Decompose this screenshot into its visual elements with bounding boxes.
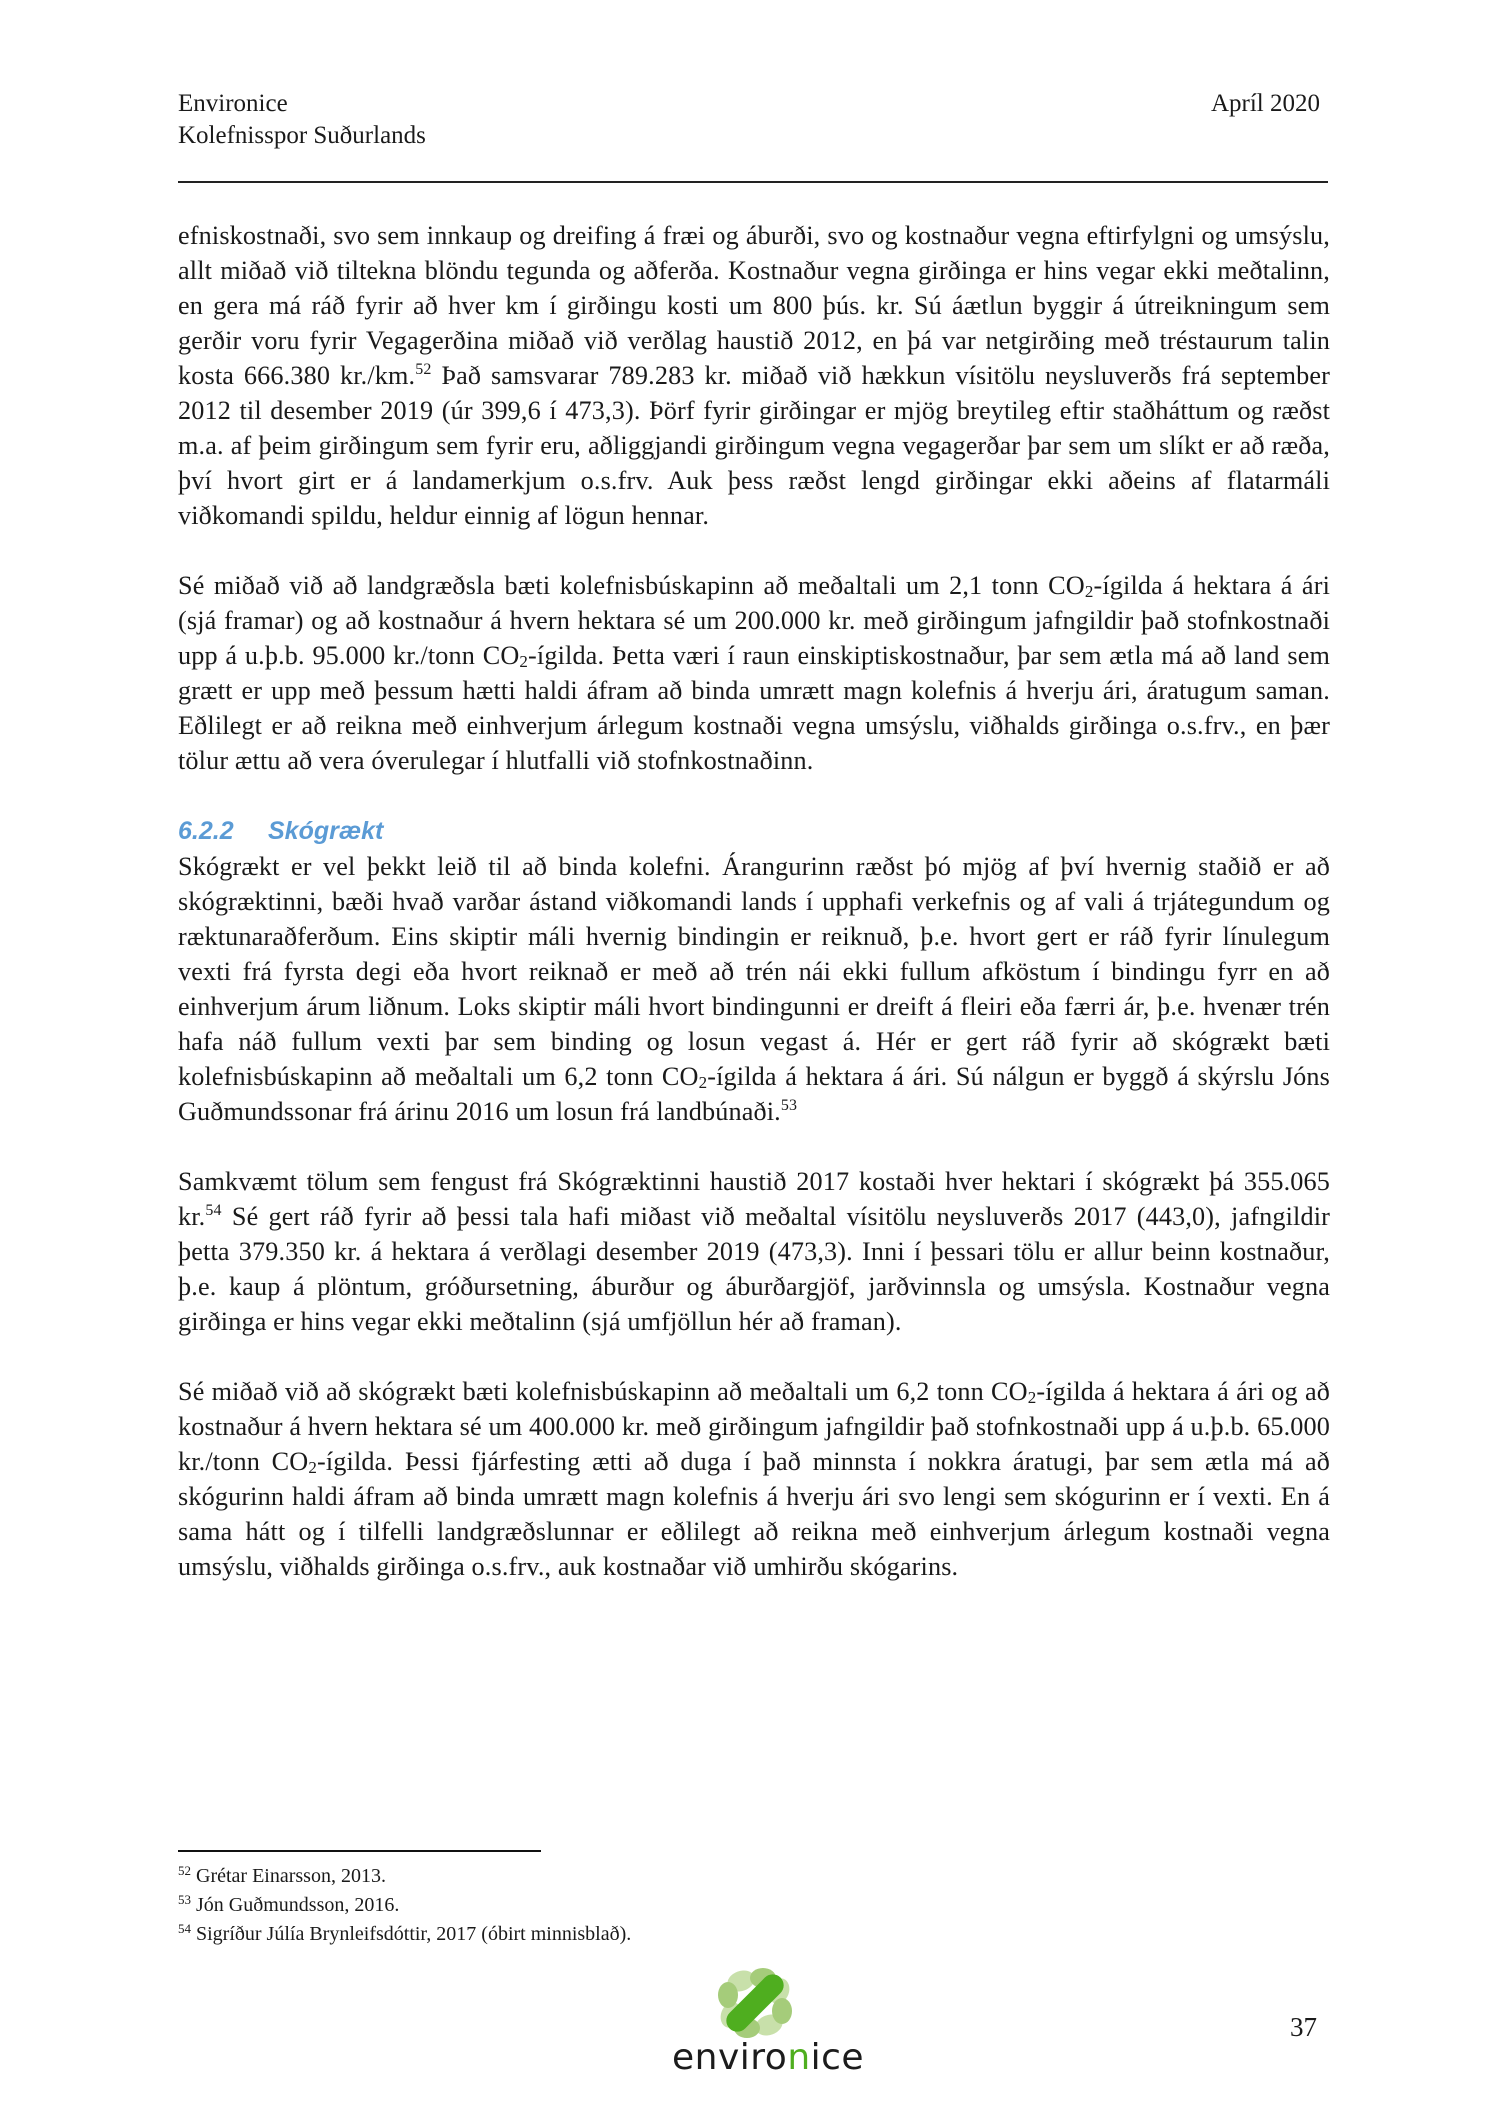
footnotes: 52 Grétar Einarsson, 2013. 53 Jón Guðmun… <box>178 1862 631 1949</box>
header-date: Apríl 2020 <box>1211 88 1320 120</box>
header-report-title: Kolefnisspor Suðurlands <box>178 120 1330 152</box>
header-divider <box>178 181 1328 183</box>
footnote-52: 52 Grétar Einarsson, 2013. <box>178 1862 631 1891</box>
clover-leaf-icon <box>660 1965 850 2045</box>
logo-wordmark: environice <box>672 2037 864 2078</box>
paragraph-land-reclamation-cost: Sé miðað við að landgræðsla bæti kolefni… <box>178 568 1330 778</box>
paragraph-forestry-intro: Skógrækt er vel þekkt leið til að binda … <box>178 849 1330 1129</box>
section-heading-skograekt: 6.2.2Skógrækt <box>178 813 1330 849</box>
footnote-ref-54[interactable]: 54 <box>205 1202 221 1219</box>
environice-logo: environice <box>660 1965 850 2095</box>
footnote-divider <box>178 1850 541 1852</box>
section-title: Skógrækt <box>268 817 383 845</box>
paragraph-forestry-investment: Sé miðað við að skógrækt bæti kolefnisbú… <box>178 1374 1330 1584</box>
section-number: 6.2.2 <box>178 813 268 849</box>
footnote-ref-52[interactable]: 52 <box>415 361 431 378</box>
page-number: 37 <box>1290 2012 1317 2043</box>
paragraph-forestry-costs: Samkvæmt tölum sem fengust frá Skógrækti… <box>178 1164 1330 1339</box>
document-body: efniskostnaði, svo sem innkaup og dreifi… <box>178 218 1330 1584</box>
paragraph-fencing-costs: efniskostnaði, svo sem innkaup og dreifi… <box>178 218 1330 533</box>
footnote-ref-53[interactable]: 53 <box>781 1097 797 1114</box>
footnote-53: 53 Jón Guðmundsson, 2016. <box>178 1891 631 1920</box>
header-org: Environice <box>178 88 1330 120</box>
footnote-54: 54 Sigríður Júlía Brynleifsdóttir, 2017 … <box>178 1920 631 1949</box>
header-left: Environice Kolefnisspor Suðurlands <box>178 88 1330 152</box>
page-header: Environice Kolefnisspor Suðurlands Apríl… <box>178 88 1330 152</box>
